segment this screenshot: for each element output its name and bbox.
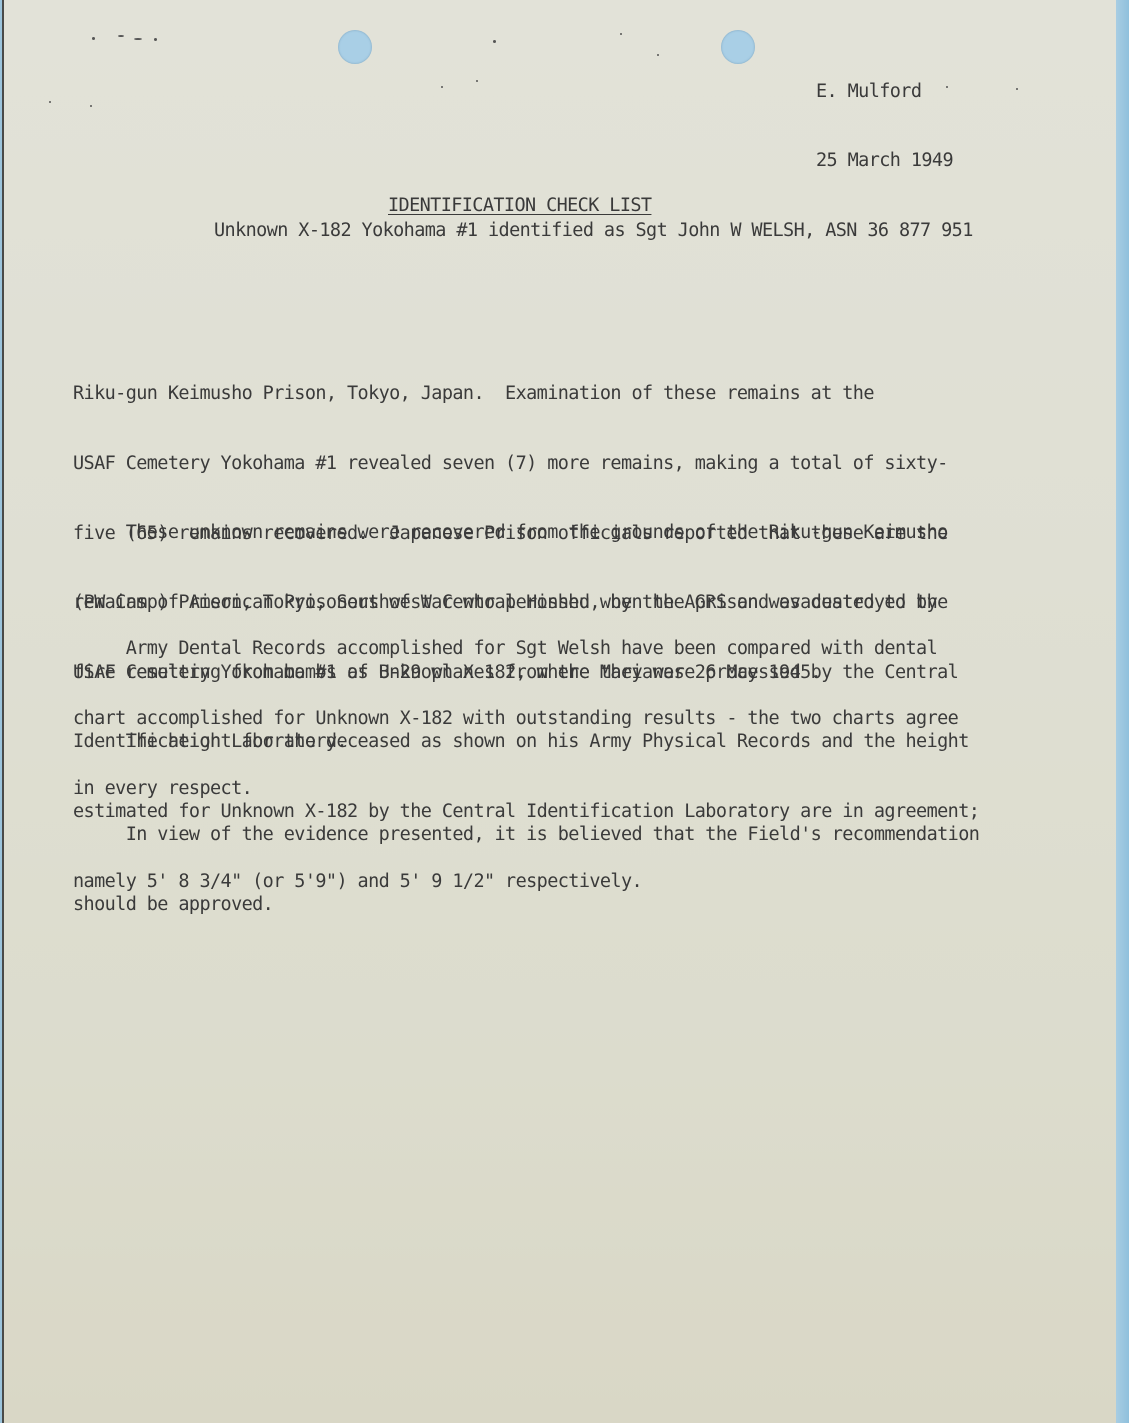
paper-speck — [441, 86, 443, 88]
paper-speck — [476, 80, 478, 82]
header-block: E. Mulford 25 March 1949 — [816, 34, 953, 218]
paper-speck — [90, 105, 92, 107]
paper-speck — [620, 33, 622, 35]
text-line: In view of the evidence presented, it is… — [73, 823, 979, 846]
paper-speck — [92, 37, 95, 40]
paper-speck — [657, 54, 659, 56]
paper-speck — [134, 38, 142, 40]
document-date: 25 March 1949 — [816, 149, 953, 172]
paper-speck — [49, 101, 51, 103]
text-line: The height for the deceased as shown on … — [73, 730, 979, 753]
author-name: E. Mulford — [816, 80, 953, 103]
punch-hole-left — [338, 30, 372, 64]
document-subtitle: Unknown X-182 Yokohama #1 identified as … — [214, 219, 973, 242]
paper-speck — [1016, 88, 1018, 90]
document-title: IDENTIFICATION CHECK LIST — [388, 194, 651, 217]
document-page: E. Mulford 25 March 1949 IDENTIFICATION … — [2, 0, 1116, 1423]
paper-speck — [493, 40, 496, 43]
punch-hole-right — [721, 30, 755, 64]
paragraph-conclusion: In view of the evidence presented, it is… — [73, 777, 979, 963]
paper-speck — [118, 35, 124, 37]
paper-speck — [154, 38, 157, 41]
text-line: should be approved. — [73, 893, 979, 916]
text-line: Army Dental Records accomplished for Sgt… — [73, 637, 958, 660]
text-line: USAF Cemetery Yokohama #1 revealed seven… — [73, 452, 948, 475]
text-line: These unknown remains were recovered fro… — [73, 521, 958, 544]
binder-edge — [1116, 0, 1129, 1423]
text-line: Riku-gun Keimusho Prison, Tokyo, Japan. … — [73, 382, 948, 405]
